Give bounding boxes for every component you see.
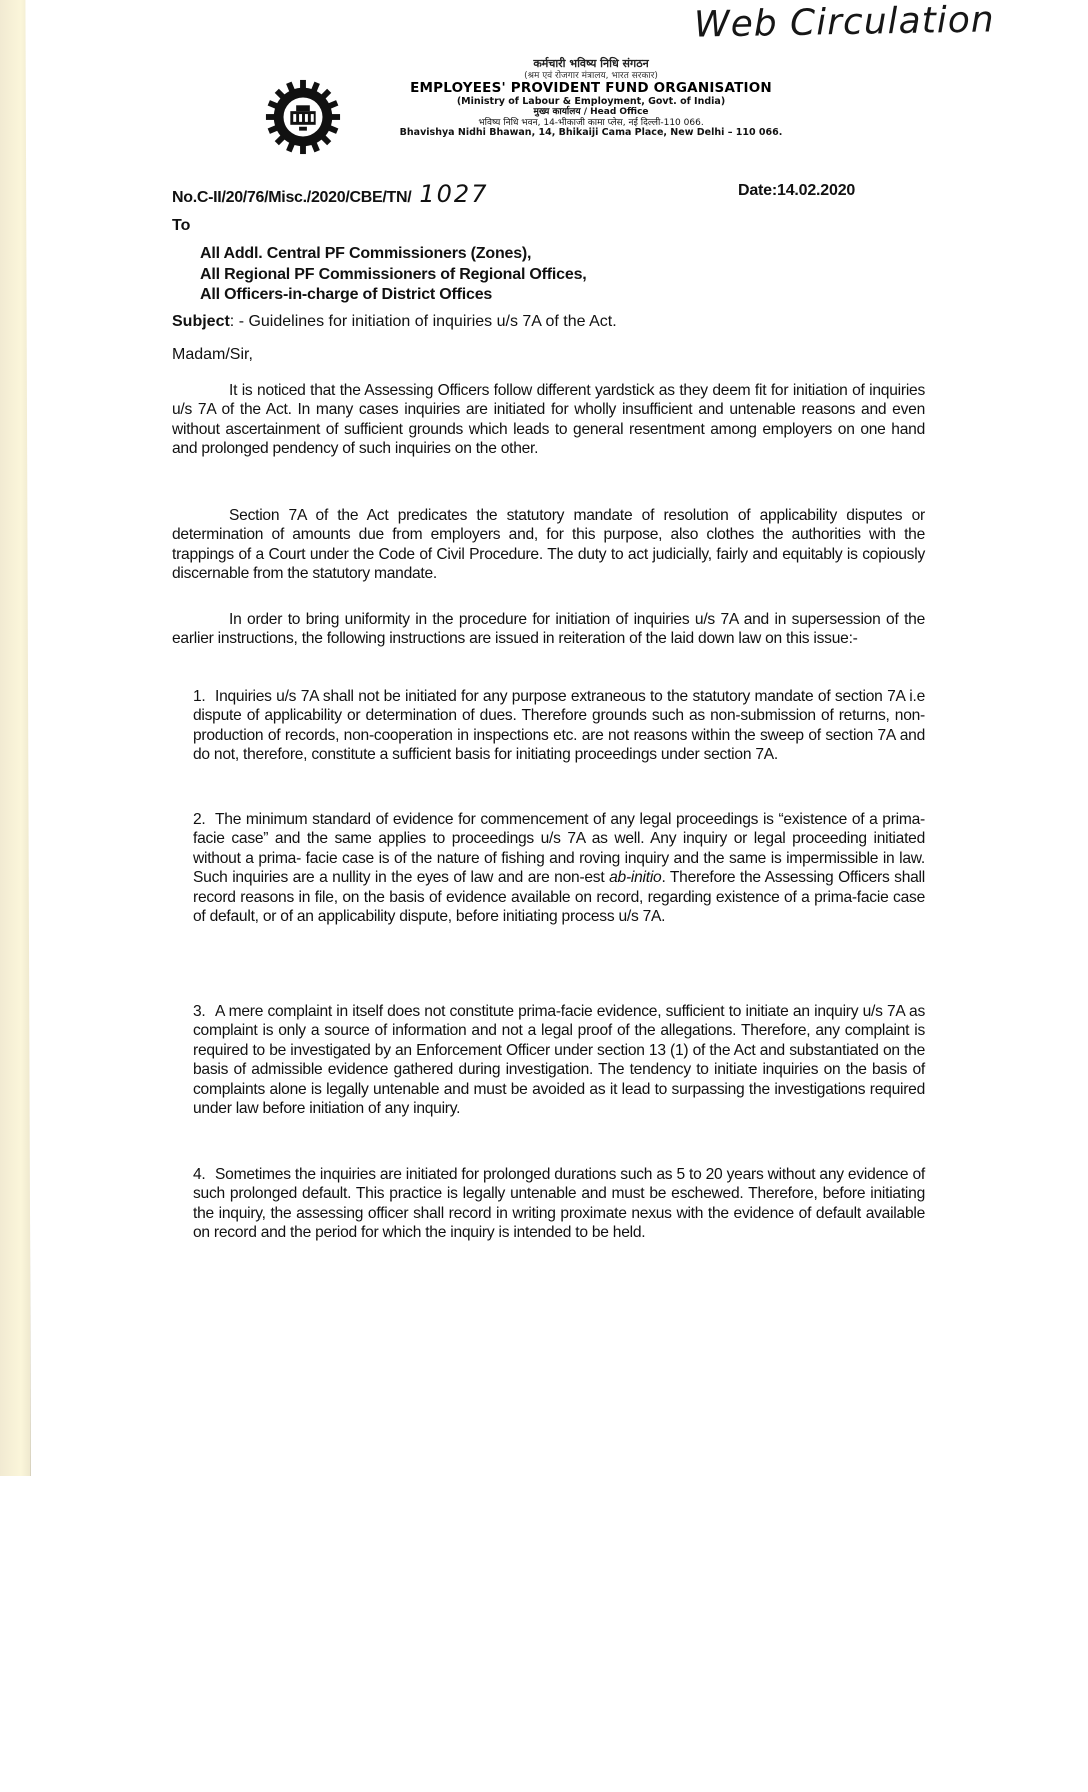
instruction-item: 3.A mere complaint in itself does not co…	[193, 1002, 925, 1118]
ministry-name: (Ministry of Labour & Employment, Govt. …	[396, 97, 786, 108]
instruction-text: Inquiries u/s 7A shall not be initiated …	[193, 688, 925, 763]
instruction-text: A mere complaint in itself does not cons…	[193, 1003, 925, 1117]
instruction-text-italic: ab-initio	[609, 869, 661, 886]
subject-label: Subject	[172, 313, 230, 330]
instruction-text: Sometimes the inquiries are initiated fo…	[193, 1166, 925, 1241]
head-office-label: मुख्य कार्यालय / Head Office	[396, 107, 786, 117]
recipient-list: All Addl. Central PF Commissioners (Zone…	[200, 244, 587, 306]
instruction-number: 4.	[193, 1165, 215, 1184]
org-name: EMPLOYEES' PROVIDENT FUND ORGANISATION	[396, 81, 786, 97]
reference-number-handwritten: 1027	[419, 180, 488, 208]
instruction-item: 1.Inquiries u/s 7A shall not be initiate…	[193, 687, 925, 765]
instruction-number: 3.	[193, 1002, 215, 1021]
web-circulation-stamp: Web Circulation	[694, 0, 995, 46]
address-english: Bhavishya Nidhi Bhawan, 14, Bhikaiji Cam…	[396, 128, 786, 139]
paragraph: Section 7A of the Act predicates the sta…	[172, 506, 925, 584]
letter-date: Date:14.02.2020	[738, 182, 855, 200]
recipient: All Regional PF Commissioners of Regiona…	[200, 265, 587, 286]
org-name-hindi: कर्मचारी भविष्य निधि संगठन	[396, 58, 786, 71]
to-label: To	[172, 217, 190, 235]
subject-text: : - Guidelines for initiation of inquiri…	[230, 313, 617, 330]
scan-edge-strip	[0, 0, 31, 1476]
recipient: All Addl. Central PF Commissioners (Zone…	[200, 244, 587, 265]
salutation: Madam/Sir,	[172, 346, 253, 364]
paragraph: In order to bring uniformity in the proc…	[172, 610, 925, 649]
recipient: All Officers-in-charge of District Offic…	[200, 285, 587, 306]
instruction-number: 2.	[193, 810, 215, 829]
paragraph-text: It is noticed that the Assessing Officer…	[172, 382, 925, 457]
reference-number: No.C-II/20/76/Misc./2020/CBE/TN/ 1027	[172, 180, 488, 208]
epfo-emblem-icon	[264, 78, 342, 156]
instruction-item: 2.The minimum standard of evidence for c…	[193, 810, 925, 926]
instruction-number: 1.	[193, 687, 215, 706]
subject-line: Subject: - Guidelines for initiation of …	[172, 313, 617, 331]
letterhead: कर्मचारी भविष्य निधि संगठन (श्रम एवं रोज…	[396, 58, 786, 139]
reference-number-printed: No.C-II/20/76/Misc./2020/CBE/TN/	[172, 189, 411, 207]
paragraph: It is noticed that the Assessing Officer…	[172, 381, 925, 459]
paragraph-text: In order to bring uniformity in the proc…	[172, 611, 925, 647]
instruction-item: 4.Sometimes the inquiries are initiated …	[193, 1165, 925, 1243]
paragraph-text: Section 7A of the Act predicates the sta…	[172, 507, 925, 582]
